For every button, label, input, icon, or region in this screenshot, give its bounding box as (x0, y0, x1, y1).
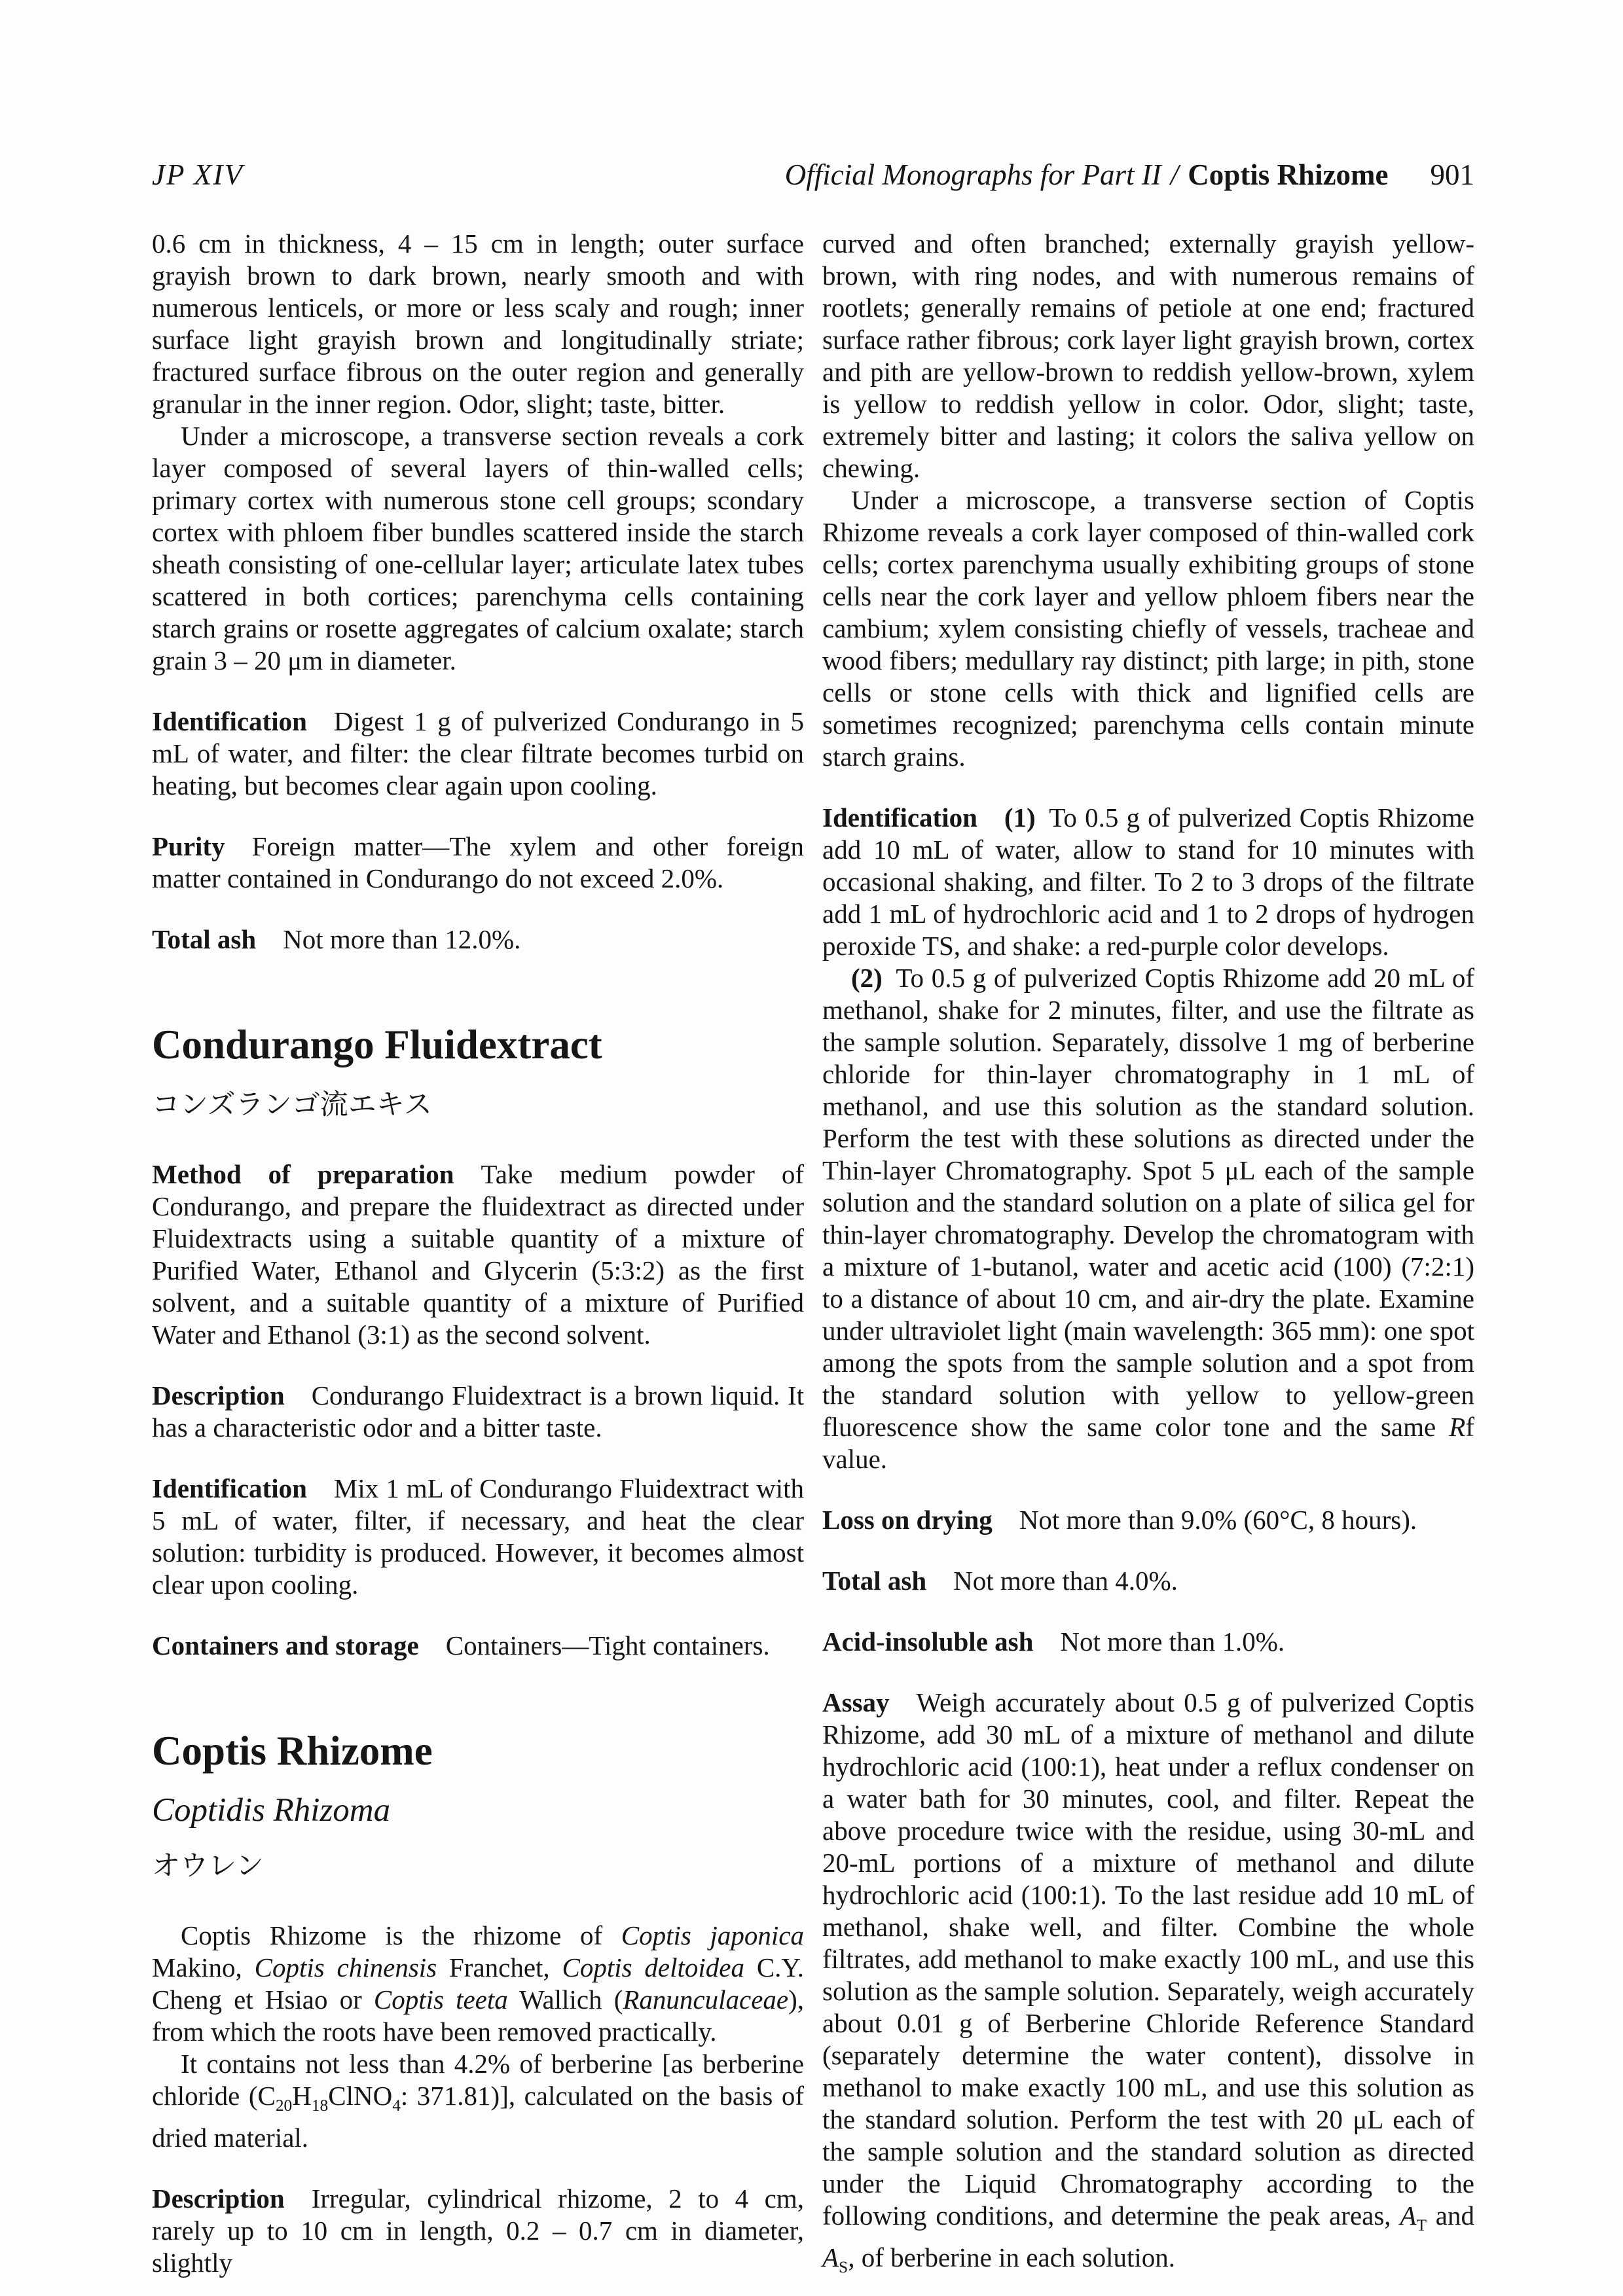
running-title-monograph: Coptis Rhizome (1188, 158, 1388, 192)
text-segment: R (1449, 1412, 1465, 1442)
japanese-title-coptis: オウレン (152, 1849, 804, 1883)
section-label: Description (152, 1380, 285, 1410)
section-label: Identification (152, 706, 307, 736)
heading-condurango-fluidextract: Condurango Fluidextract (152, 1021, 804, 1068)
paragraph-condurango-microscope: Under a microscope, a transverse section… (152, 420, 804, 677)
text-segment: Coptis Rhizome is the rhizome of (181, 1920, 621, 1950)
text-segment: Coptidis Rhizoma (152, 1792, 390, 1829)
text-segment: 20 (276, 2096, 292, 2115)
text-segment: Not more than 4.0%. (926, 1566, 1178, 1596)
text-segment: A (1400, 2200, 1416, 2231)
text-segment: Ranunculaceae (623, 1984, 788, 2015)
section-identification-fluidextract: Identification Mix 1 mL of Condurango Fl… (152, 1473, 804, 1601)
text-segment: To 0.5 g of pulverized Coptis Rhizome ad… (822, 963, 1474, 1442)
two-column-body: 0.6 cm in thickness, 4 – 15 cm in length… (152, 228, 1474, 2284)
left-column: 0.6 cm in thickness, 4 – 15 cm in length… (152, 228, 804, 2284)
monograph-page: JP XIV Official Monographs for Part II /… (0, 0, 1623, 2296)
text-segment: Weigh accurately about 0.5 g of pulveriz… (822, 1687, 1474, 2231)
text-segment: Condurango Fluidextract (152, 1022, 602, 1067)
text-segment: 0.6 cm in thickness, 4 – 15 cm in length… (152, 228, 804, 419)
section-acid-insoluble-ash: Acid-insoluble ash Not more than 1.0%. (822, 1626, 1474, 1658)
text-segment: Coptis chinensis (255, 1952, 437, 1982)
running-title: Official Monographs for Part II / Coptis… (785, 158, 1474, 192)
page-header: JP XIV Official Monographs for Part II /… (152, 158, 1474, 192)
section-assay: Assay Weigh accurately about 0.5 g of pu… (822, 1687, 1474, 2284)
text-segment: 18 (312, 2096, 328, 2115)
text-segment: Wallich ( (508, 1984, 623, 2015)
text-segment: and (1427, 2200, 1474, 2231)
text-segment: , of berberine in each solution. (848, 2242, 1175, 2272)
text-segment (977, 802, 1004, 833)
section-identification-condurango: Identification Digest 1 g of pulverized … (152, 706, 804, 802)
section-label: Identification (822, 802, 977, 833)
text-segment: S (839, 2258, 848, 2276)
section-method-of-preparation: Method of preparation Take medium powder… (152, 1158, 804, 1351)
section-description-coptis: Description Irregular, cylindrical rhizo… (152, 2183, 804, 2279)
section-label: Containers and storage (152, 1630, 419, 1660)
text-segment: オウレン (152, 1850, 264, 1882)
text-segment: Under a microscope, a transverse section… (822, 485, 1474, 772)
running-title-section: Official Monographs for Part II (785, 158, 1161, 192)
running-title-separator: / (1161, 158, 1188, 192)
paragraph-identification-2: (2) To 0.5 g of pulverized Coptis Rhizom… (822, 962, 1474, 1475)
text-segment: Foreign matter—The xylem and other forei… (152, 831, 804, 893)
section-label: Acid-insoluble ash (822, 1626, 1033, 1657)
section-label: Total ash (152, 924, 256, 954)
section-label: Loss on drying (822, 1505, 993, 1535)
section-label: Method of preparation (152, 1159, 454, 1189)
section-description-fluidextract: Description Condurango Fluidextract is a… (152, 1380, 804, 1444)
paragraph-coptis-origin: Coptis Rhizome is the rhizome of Coptis … (152, 1920, 804, 2048)
section-label: Purity (152, 831, 225, 861)
latin-title-coptis: Coptidis Rhizoma (152, 1791, 804, 1829)
text-segment: ClNO (328, 2081, 392, 2111)
section-containers-and-storage: Containers and storage Containers—Tight … (152, 1630, 804, 1662)
text-segment: Coptis Rhizome (152, 1728, 433, 1774)
section-label: Description (152, 2183, 285, 2214)
japanese-title-condurango: コンズランゴ流エキス (152, 1088, 804, 1122)
text-segment: A (822, 2242, 839, 2272)
paragraph-condurango-description-cont: 0.6 cm in thickness, 4 – 15 cm in length… (152, 228, 804, 420)
page-number: 901 (1431, 158, 1475, 192)
section-label: Identification (152, 1473, 307, 1503)
heading-coptis-rhizome: Coptis Rhizome (152, 1727, 804, 1774)
section-label: (1) (1004, 802, 1036, 833)
paragraph-coptis-microscope: Under a microscope, a transverse section… (822, 484, 1474, 773)
section-identification-coptis: Identification (1) To 0.5 g of pulverize… (822, 802, 1474, 962)
text-segment: H (292, 2081, 312, 2111)
section-loss-on-drying: Loss on drying Not more than 9.0% (60°C,… (822, 1504, 1474, 1536)
right-column: curved and often branched; externally gr… (822, 228, 1474, 2284)
text-segment: curved and often branched; externally gr… (822, 228, 1474, 483)
text-segment: Coptis deltoidea (562, 1952, 744, 1982)
text-segment: Franchet, (437, 1952, 562, 1982)
section-label: (2) (851, 963, 883, 993)
text-segment: Not more than 9.0% (60°C, 8 hours). (993, 1505, 1417, 1535)
section-label: Assay (822, 1687, 890, 1717)
paragraph-coptis-content: It contains not less than 4.2% of berber… (152, 2048, 804, 2154)
text-segment: コンズランゴ流エキス (152, 1088, 432, 1121)
paragraph-coptis-description-cont: curved and often branched; externally gr… (822, 228, 1474, 484)
text-segment: T (1416, 2216, 1427, 2234)
text-segment: Containers—Tight containers. (419, 1630, 770, 1660)
text-segment: Makino, (152, 1952, 255, 1982)
text-segment: Coptis teeta (374, 1984, 508, 2015)
section-label: Total ash (822, 1566, 926, 1596)
section-total-ash-condurango: Total ash Not more than 12.0%. (152, 924, 804, 956)
section-total-ash-coptis: Total ash Not more than 4.0%. (822, 1565, 1474, 1597)
text-segment: Not more than 12.0%. (256, 924, 520, 954)
section-purity: Purity Foreign matter—The xylem and othe… (152, 831, 804, 895)
text-segment: Not more than 1.0%. (1033, 1626, 1285, 1657)
text-segment: Under a microscope, a transverse section… (152, 421, 804, 675)
edition-label: JP XIV (152, 158, 244, 192)
text-segment: Coptis japonica (621, 1920, 804, 1950)
text-segment: 4 (392, 2096, 401, 2115)
